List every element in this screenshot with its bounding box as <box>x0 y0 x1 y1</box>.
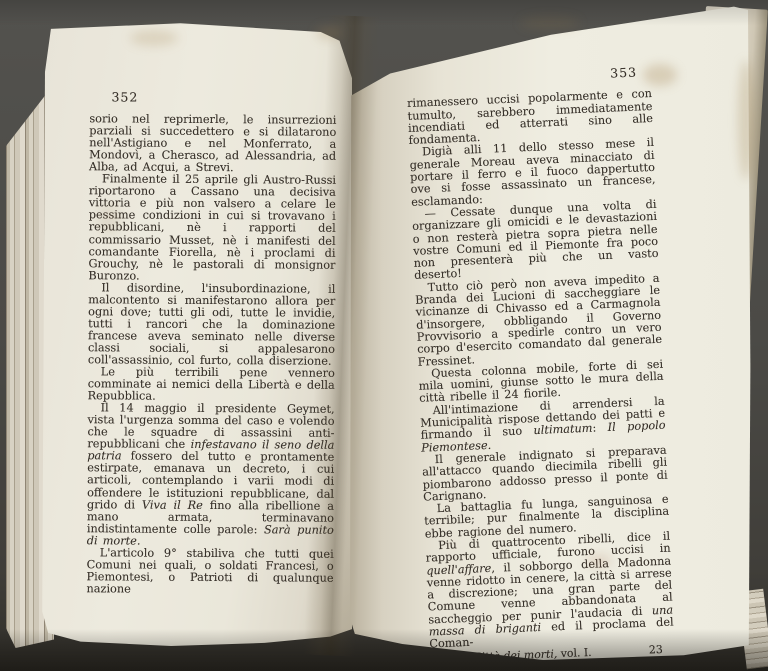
left-page: 352 sorio nel reprimerle, le insurrezion… <box>40 22 352 646</box>
paragraph: Le più terribili pene vennero comminate … <box>88 366 335 404</box>
right-page-paragraphs: rimanessero uccisi popolarmente e con tu… <box>407 88 674 651</box>
paragraph: sorio nel reprimerle, le insurrezioni pa… <box>89 113 336 175</box>
paragraph: — Cessate dunque una volta di organizzar… <box>411 199 659 283</box>
paragraph: Finalmente il 25 aprile gli Austro-Russi… <box>88 174 336 284</box>
page-number-right: 353 <box>406 66 651 88</box>
footer-signature: 23 <box>649 644 663 657</box>
left-page-paragraphs: sorio nel reprimerle, le insurrezioni pa… <box>86 113 336 596</box>
right-page: 353 rimanessero uccisi popolarmente e co… <box>350 0 752 668</box>
background: { "book": { "left_page": { "page_number"… <box>0 0 768 671</box>
right-page-text: 353 rimanessero uccisi popolarmente e co… <box>406 66 675 666</box>
paragraph: Più di quattrocento ribelli, dice il rap… <box>425 531 674 652</box>
paragraph: L'articolo 9° stabiliva che tutti quei C… <box>86 547 333 597</box>
book-photo: 352 sorio nel reprimerle, le insurrezion… <box>0 0 768 671</box>
footer-title: La Città dei morti, vol. I. <box>456 647 592 665</box>
paragraph: Tutto ciò però non aveva impedito a Bran… <box>414 273 662 369</box>
paragraph: Il disordine, l'insubordinazione, il mal… <box>88 282 336 368</box>
left-page-text: 352 sorio nel reprimerle, le insurrezion… <box>86 91 336 596</box>
paragraph: Digià alli 11 dello stesso mese il gener… <box>409 137 656 208</box>
paragraph: Il 14 maggio il presidente Geymet, vista… <box>87 402 335 548</box>
page-number-left: 352 <box>111 91 336 104</box>
foxing-stain <box>520 16 580 30</box>
